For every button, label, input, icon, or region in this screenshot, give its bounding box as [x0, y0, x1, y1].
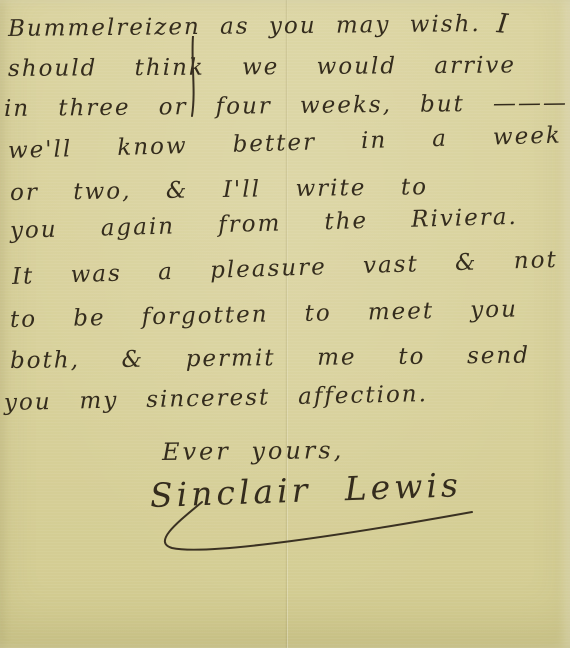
signature: Sinclair Lewis — [149, 465, 462, 515]
letter-line: It was a pleasure vast & not — [12, 247, 559, 290]
letter-line: we'll know better in a week — [8, 123, 563, 164]
letter-closing: Ever yours, — [162, 436, 330, 466]
letter-line: you my sincerest affection. — [4, 381, 428, 416]
letter-line: both, & permit me to send — [10, 343, 530, 374]
letter-line: to be forgotten to meet you — [10, 296, 518, 333]
letter-paper: Bummelreizen as you may wish. I should t… — [0, 0, 570, 648]
letter-line: in three or four weeks, but ——— — [4, 90, 568, 122]
letter-line: should think we would arrive — [8, 52, 516, 82]
letter-line: you again from the Riviera. — [10, 204, 519, 244]
letter-line: I — [495, 8, 524, 42]
letter-line: or two, & I'll write to — [10, 174, 428, 206]
letter-line: Bummelreizen as you may wish. — [8, 12, 432, 42]
